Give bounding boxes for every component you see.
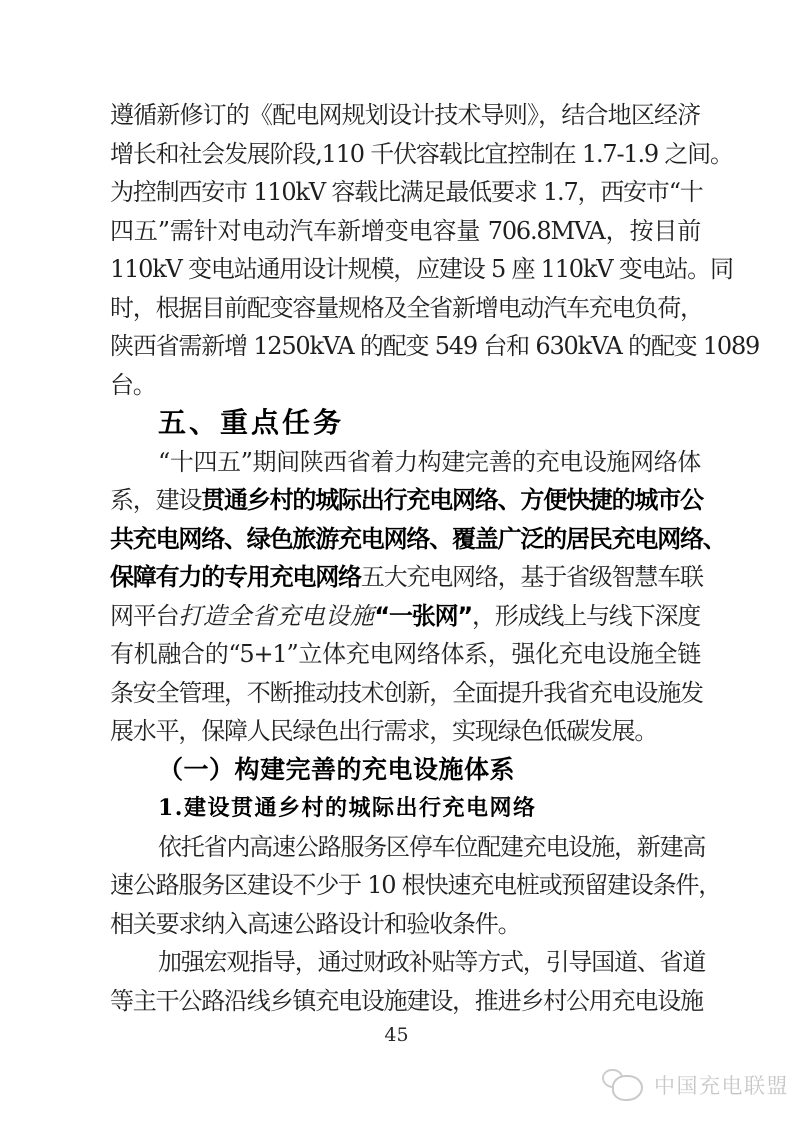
text-line: 速公路服务区建设不少于 10 根快速充电桩或预留建设条件，: [110, 866, 700, 905]
para-grid-capacity-planning: 遵循新修订的《配电网规划设计技术导则》，结合地区经济增长和社会发展阶段,110 …: [110, 96, 700, 404]
text-segment: 打造全省充电设施: [178, 602, 374, 630]
text-segment: 1.建设贯通乡村的城际出行充电网络: [158, 795, 536, 821]
text-segment: “十四五”期间陕西省着力构建完善的充电设施网络体: [158, 448, 700, 476]
text-segment: 条安全管理，不断推动技术创新，全面提升我省充电设施发: [110, 679, 703, 707]
text-segment: 五大充电网络，基于省级智慧车联: [361, 563, 703, 591]
text-line: 等主干公路沿线乡镇充电设施建设，推进乡村公用充电设施: [110, 982, 700, 1021]
para-macro-guidance: 加强宏观指导，通过财政补贴等方式，引导国道、省道等主干公路沿线乡镇充电设施建设，…: [110, 943, 700, 1020]
text-segment: 速公路服务区建设不少于 10 根快速充电桩或预留建设条件，: [110, 871, 721, 899]
heading-build-charging-system: （一）构建完善的充电设施体系: [110, 751, 700, 790]
watermark-label: 中国充电联盟: [654, 1070, 789, 1100]
text-line: 增长和社会发展阶段,110 千伏容载比宜控制在 1.7-1.9 之间。: [110, 135, 700, 174]
text-line: 五、重点任务: [110, 404, 700, 443]
text-line: 时，根据目前配变容量规格及全省新增电动汽车充电负荷，: [110, 289, 700, 328]
text-line: 1.建设贯通乡村的城际出行充电网络: [110, 789, 700, 828]
text-segment: 有机融合的“5+1”立体充电网络体系，强化充电设施全链: [110, 640, 700, 668]
document-page: 遵循新修订的《配电网规划设计技术导则》，结合地区经济增长和社会发展阶段,110 …: [0, 0, 793, 1122]
text-segment: 时，根据目前配变容量规格及全省新增电动汽车充电负荷，: [110, 294, 703, 322]
text-line: 加强宏观指导，通过财政补贴等方式，引导国道、省道: [110, 943, 700, 982]
document-body: 遵循新修订的《配电网规划设计技术导则》，结合地区经济增长和社会发展阶段,110 …: [110, 96, 700, 1020]
text-segment: ，形成线上与线下深度: [472, 602, 700, 630]
text-line: 四五”需针对电动汽车新增变电容量 706.8MVA，按目前: [110, 212, 700, 251]
text-line: 为控制西安市 110kV 容载比满足最低要求 1.7，西安市“十: [110, 173, 700, 212]
text-segment: 依托省内高速公路服务区停车位配建充电设施，新建高: [158, 833, 705, 861]
text-segment: 贯通乡村的城际出行充电网络、方便快捷的城市公: [201, 486, 703, 514]
text-line: 共充电网络、绿色旅游充电网络、覆盖广泛的居民充电网络、: [110, 520, 700, 559]
text-segment: 增长和社会发展阶段,110 千伏容载比宜控制在 1.7-1.9 之间。: [110, 140, 733, 168]
para-highway-service-areas: 依托省内高速公路服务区停车位配建充电设施，新建高速公路服务区建设不少于 10 根…: [110, 828, 700, 944]
text-line: 有机融合的“5+1”立体充电网络体系，强化充电设施全链: [110, 635, 700, 674]
text-line: 遵循新修订的《配电网规划设计技术导则》，结合地区经济: [110, 96, 700, 135]
text-segment: 展水平，保障人民绿色出行需求，实现绿色低碳发展。: [110, 717, 657, 745]
text-segment: 加强宏观指导，通过财政补贴等方式，引导国道、省道: [158, 948, 705, 976]
watermark: 中国充电联盟: [601, 1066, 789, 1104]
text-segment: “一张网”: [374, 602, 472, 630]
text-segment: 遵循新修订的《配电网规划设计技术导则》，结合地区经济: [110, 101, 700, 129]
logo-cloud-large: [612, 1075, 643, 1101]
text-segment: 五、重点任务: [158, 406, 344, 439]
text-segment: 等主干公路沿线乡镇充电设施建设，推进乡村公用充电设施: [110, 987, 703, 1015]
text-line: 110kV 变电站通用设计规模，应建设 5 座 110kV 变电站。同: [110, 250, 700, 289]
text-line: 展水平，保障人民绿色出行需求，实现绿色低碳发展。: [110, 712, 700, 751]
text-segment: 系，建设: [110, 486, 201, 514]
text-line: 相关要求纳入高速公路设计和验收条件。: [110, 905, 700, 944]
charging-alliance-logo-icon: [601, 1066, 645, 1104]
text-segment: 陕西省需新增 1250kVA 的配变 549 台和 630kVA 的配变 108…: [110, 332, 759, 360]
text-line: “十四五”期间陕西省着力构建完善的充电设施网络体: [110, 443, 700, 482]
para-five-networks: “十四五”期间陕西省着力构建完善的充电设施网络体系，建设贯通乡村的城际出行充电网…: [110, 443, 700, 751]
text-segment: 四五”需针对电动汽车新增变电容量 706.8MVA，按目前: [110, 217, 700, 245]
heading-key-tasks: 五、重点任务: [110, 404, 700, 443]
text-line: 陕西省需新增 1250kVA 的配变 549 台和 630kVA 的配变 108…: [110, 327, 700, 366]
text-line: 台。: [110, 366, 700, 405]
text-segment: 110kV 变电站通用设计规模，应建设 5 座 110kV 变电站。同: [110, 255, 733, 283]
text-line: 依托省内高速公路服务区停车位配建充电设施，新建高: [110, 828, 700, 867]
text-segment: （一）构建完善的充电设施体系: [158, 755, 515, 784]
text-line: 保障有力的专用充电网络五大充电网络，基于省级智慧车联: [110, 558, 700, 597]
text-segment: 台。: [110, 371, 156, 399]
heading-intercity-rural-network: 1.建设贯通乡村的城际出行充电网络: [110, 789, 700, 828]
text-line: 条安全管理，不断推动技术创新，全面提升我省充电设施发: [110, 674, 700, 713]
text-segment: 为控制西安市 110kV 容载比满足最低要求 1.7，西安市“十: [110, 178, 703, 206]
text-segment: 保障有力的专用充电网络: [110, 563, 361, 591]
text-line: （一）构建完善的充电设施体系: [110, 751, 700, 790]
page-number: 45: [0, 1024, 793, 1046]
text-line: 系，建设贯通乡村的城际出行充电网络、方便快捷的城市公: [110, 481, 700, 520]
text-segment: 相关要求纳入高速公路设计和验收条件。: [110, 910, 520, 938]
text-line: 网平台打造全省充电设施“一张网”，形成线上与线下深度: [110, 597, 700, 636]
text-segment: 共充电网络、绿色旅游充电网络、覆盖广泛的居民充电网络、: [110, 525, 726, 553]
text-segment: 网平台: [110, 602, 178, 630]
